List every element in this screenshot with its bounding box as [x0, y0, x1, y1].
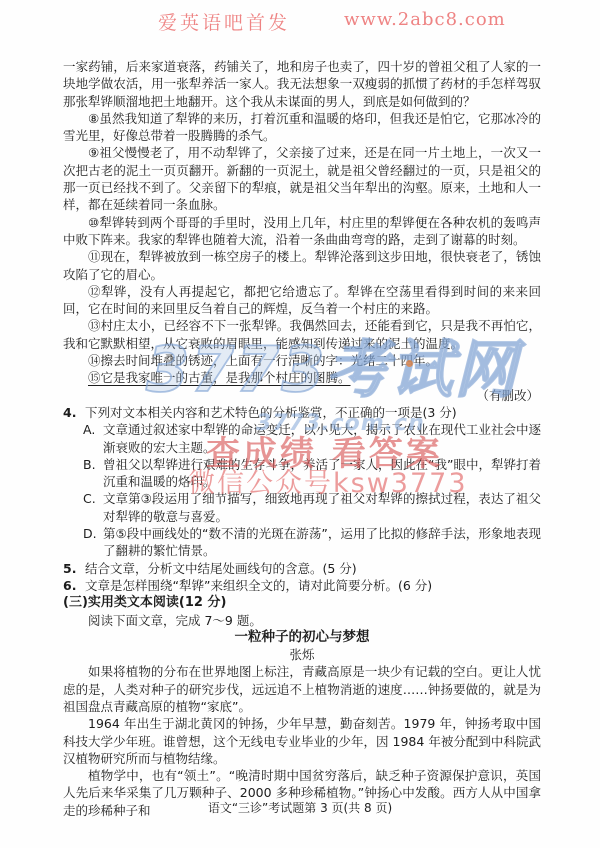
exam-body: 一家药铺，后来家道衰落，药铺关了，地和房子也卖了，四十岁的曾祖父租了人家的一块地…: [63, 58, 541, 819]
article-paragraph-1: 如果将植物的分布在世界地图上标注，青藏高原是一块少有记载的空白。更让人忧虑的是，…: [63, 663, 541, 715]
option-a-label: A.: [83, 421, 103, 456]
option-c-label: C.: [83, 490, 103, 525]
option-d-label: D.: [83, 525, 103, 560]
passage-paragraph-12: ⑫犁铧，没有人再提起它，都把它给遗忘了。犁铧在空荡里看得到时间的来来回回，它在时…: [63, 283, 541, 318]
question-6-stem: 文章是怎样围绕“犁铧”来组织全文的，请对此简要分析。(6 分): [85, 577, 541, 594]
passage-paragraph-13: ⑬村庄太小，已经容不下一张犁铧。我偶然回去，还能看到它，只是我不再怕它，我和它默…: [63, 317, 541, 352]
edit-note: （有删改）: [63, 387, 541, 404]
option-a-text: 文章通过叙述家中犁铧的命运变迁，以小见大，揭示了农业在现代工业社会中逐渐衰败的宏…: [103, 421, 541, 456]
passage-paragraph: 一家药铺，后来家道衰落，药铺关了，地和房子也卖了，四十岁的曾祖父租了人家的一块地…: [63, 58, 541, 110]
question-5-number: 5.: [63, 560, 85, 577]
question-5-stem: 结合文章，分析文中结尾处画线句的含意。(5 分): [85, 560, 541, 577]
question-6-number: 6.: [63, 577, 85, 594]
question-4-stem: 下列对文本相关内容和艺术特色的分析鉴赏，不正确的一项是(3 分): [85, 404, 541, 421]
option-c-text: 文章第③段运用了细节描写，细致地再现了祖父对犁铧的擦拭过程，表达了祖父对犁铧的敬…: [103, 490, 541, 525]
page-footer: 语文“三诊”考试题第 3 页(共 8 页): [0, 799, 600, 816]
passage-paragraph-11: ⑪现在，犁铧被放到一栋空房子的楼上。犁铧沦落到这步田地，很快衰老了，锈蚀攻陷了它…: [63, 248, 541, 283]
section-3-instruction: 阅读下面文章，完成 7～9 题。: [63, 612, 541, 629]
question-4-option-a: A. 文章通过叙述家中犁铧的命运变迁，以小见大，揭示了农业在现代工业社会中逐渐衰…: [63, 421, 541, 456]
passage-paragraph-14: ⑭擦去时间堆叠的锈迹，上面有一行清晰的字：光绪二十四年。: [63, 352, 541, 369]
passage-paragraph-10: ⑩犁铧转到两个哥哥的手里时，没用上几年，村庄里的犁铧便在各种农机的轰鸣声中败下阵…: [63, 214, 541, 249]
section-3-heading: (三)实用类文本阅读(12 分): [63, 594, 541, 611]
article-title: 一粒种子的初心与梦想: [63, 629, 541, 646]
option-d-text: 第⑤段中画线处的“数不清的光斑在游荡”，运用了比拟的修辞手法，形象地表现了翻耕的…: [103, 525, 541, 560]
page-header: 爱英语吧首发 www.2abc8.com: [0, 8, 600, 34]
article-paragraph-2: 1964 年出生于湖北黄冈的钟扬，少年早慧，勤奋刻苦。1979 年，钟扬考取中国…: [63, 715, 541, 767]
question-4: 4. 下列对文本相关内容和艺术特色的分析鉴赏，不正确的一项是(3 分): [63, 404, 541, 421]
question-4-option-d: D. 第⑤段中画线处的“数不清的光斑在游荡”，运用了比拟的修辞手法，形象地表现了…: [63, 525, 541, 560]
question-6: 6. 文章是怎样围绕“犁铧”来组织全文的，请对此简要分析。(6 分): [63, 577, 541, 594]
passage-paragraph-15: ⑮它是我家唯一的古董，是我那个村庄的图腾。: [63, 369, 541, 386]
site-url-text: www.2abc8.com: [344, 9, 506, 30]
exam-page-scan: 爱英语吧首发 www.2abc8.com 3773考试网 3773.com.cn…: [0, 0, 600, 848]
question-4-option-b: B. 曾祖父以犁铧进行艰难的生存斗争，养活了一家人，因此在“我”眼中，犁铧打着沉…: [63, 456, 541, 491]
question-4-option-c: C. 文章第③段运用了细节描写，细致地再现了祖父对犁铧的擦拭过程，表达了祖父对犁…: [63, 490, 541, 525]
question-5: 5. 结合文章，分析文中结尾处画线句的含意。(5 分): [63, 560, 541, 577]
article-author: 张烁: [63, 646, 541, 663]
site-name-text: 爱英语吧首发: [158, 8, 290, 35]
passage-paragraph-9: ⑨祖父慢慢老了，用不动犁铧了，父亲接了过来，还是在同一片土地上，一次又一次把古老…: [63, 144, 541, 213]
question-4-number: 4.: [63, 404, 85, 421]
option-b-label: B.: [83, 456, 103, 491]
option-b-text: 曾祖父以犁铧进行艰难的生存斗争，养活了一家人，因此在“我”眼中，犁铧打着沉重和温…: [103, 456, 541, 491]
underlined-sentence: ⑮它是我家唯一的古董，是我那个村庄的图腾。: [88, 370, 351, 385]
passage-paragraph-8: ⑧虽然我知道了犁铧的来历，打着沉重和温暖的烙印，但我还是怕它，它那冰冷的雪光里，…: [63, 110, 541, 145]
